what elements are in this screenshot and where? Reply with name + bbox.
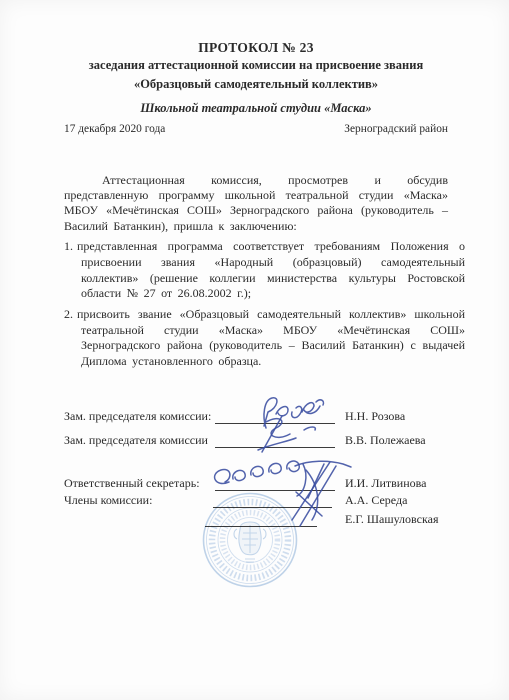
document-subject: Школьной театральной студии «Маска»: [64, 99, 448, 118]
signature-line: [215, 422, 335, 424]
document-subtitle-line2: «Образцовый самодеятельный коллектив»: [64, 75, 448, 94]
item-text: присвоить звание «Образцовый самодеятель…: [77, 307, 465, 368]
document-date: 17 декабря 2020 года: [64, 122, 165, 137]
item-text: представленная программа соответствует т…: [77, 239, 465, 300]
signature-role: Члены комиссии:: [64, 493, 152, 508]
document-page: ПРОТОКОЛ № 23 заседания аттестационной к…: [0, 0, 509, 700]
document-place: Зерноградский район: [344, 122, 448, 137]
signature-line: [215, 446, 335, 448]
signature-name: Н.Н. Розова: [345, 409, 405, 424]
signature-name: В.В. Полежаева: [345, 433, 426, 448]
signature-row: Зам. председателя комиссии: Н.Н. Розова: [64, 408, 448, 424]
signature-row: Зам. председателя комиссии В.В. Полежаев…: [64, 432, 448, 448]
signature-role: Зам. председателя комиссии: [64, 433, 208, 448]
intro-paragraph: Аттестационная комиссия, просмотрев и об…: [64, 173, 448, 234]
resolution-item-1: 1.представленная программа соответствует…: [64, 239, 465, 302]
official-stamp-icon: [201, 491, 299, 589]
signature-role: Зам. председателя комиссии:: [64, 409, 211, 424]
item-number: 1.: [64, 239, 73, 253]
signature-name: И.И. Литвинова: [345, 476, 426, 491]
document-header: ПРОТОКОЛ № 23 заседания аттестационной к…: [64, 39, 448, 118]
signature-name: А.А. Середа: [345, 493, 407, 508]
signature-name: Е.Г. Шашуловская: [345, 512, 438, 527]
item-number: 2.: [64, 307, 73, 321]
date-place-row: 17 декабря 2020 года Зерноградский район: [64, 122, 448, 137]
signature-role: Ответственный секретарь:: [64, 476, 200, 491]
signature-row: Ответственный секретарь: И.И. Литвинова: [64, 475, 448, 491]
document-subtitle-line1: заседания аттестационной комиссии на при…: [64, 56, 448, 75]
document-title: ПРОТОКОЛ № 23: [64, 39, 448, 56]
resolution-item-2: 2.присвоить звание «Образцовый самодеяте…: [64, 307, 465, 369]
